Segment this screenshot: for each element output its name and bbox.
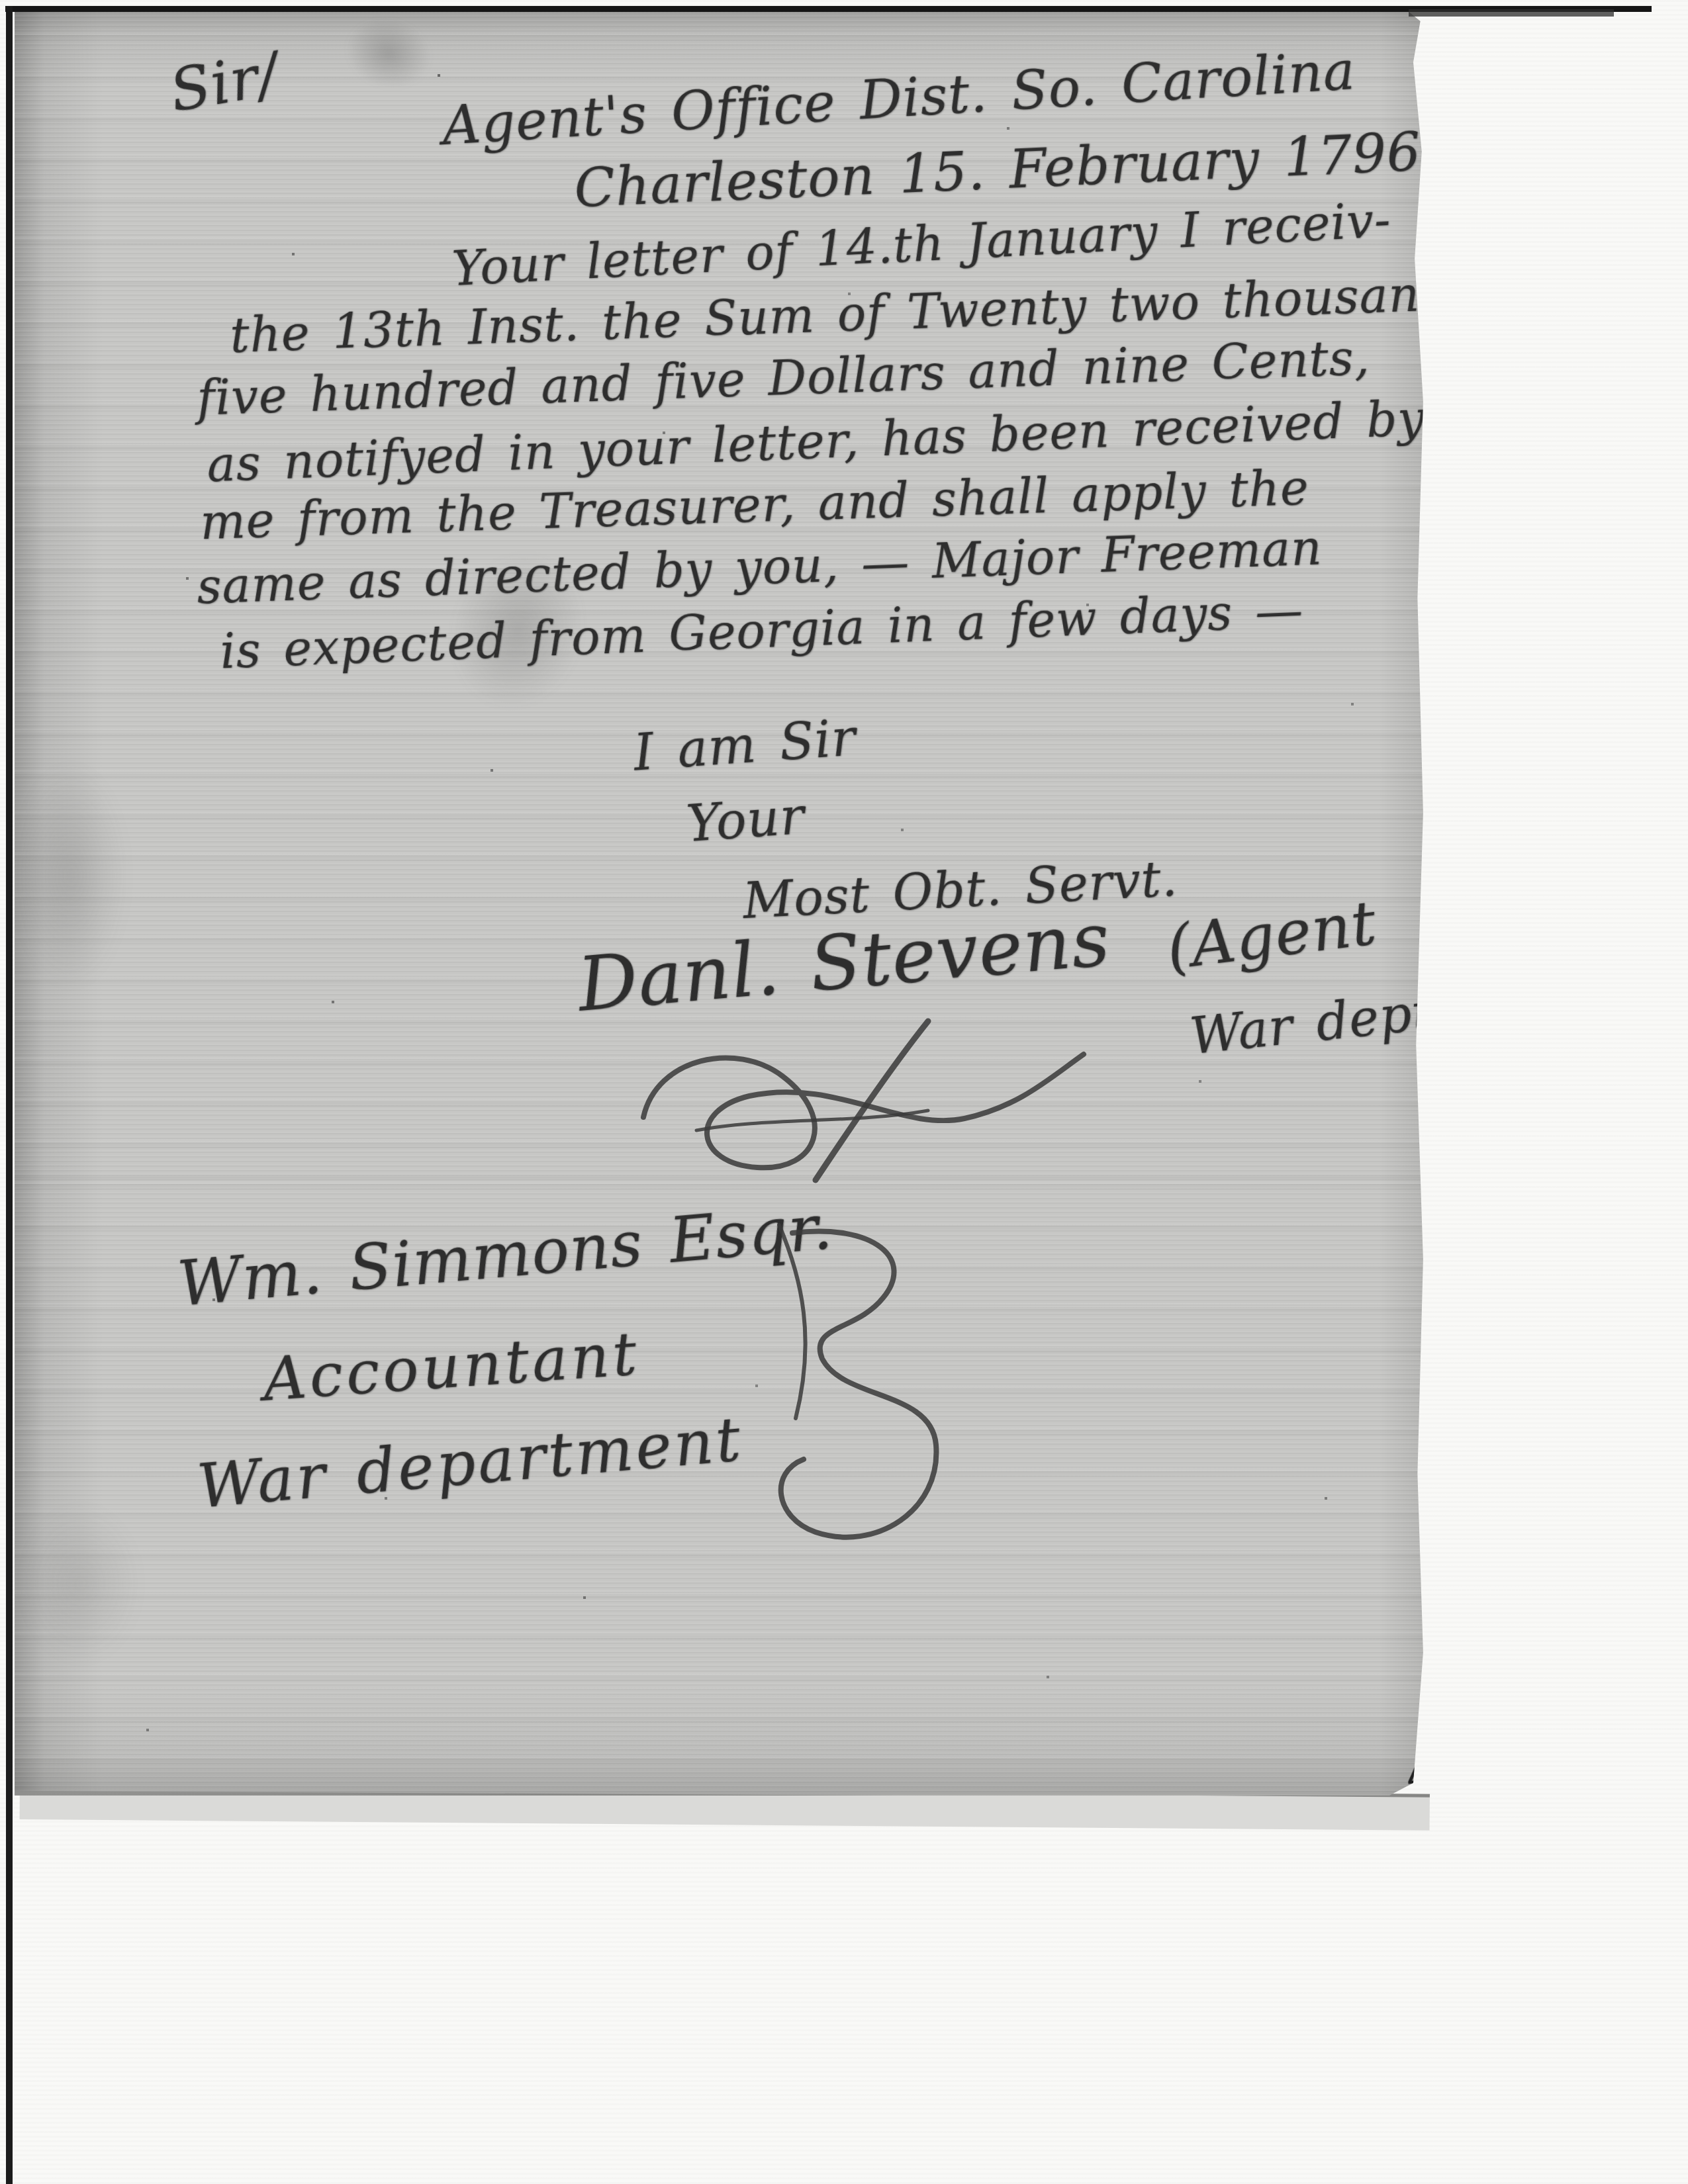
- letter-page: Sir/ Agent's Office Dist. So. Carolina C…: [15, 9, 1425, 1796]
- signature-flourish: [617, 1018, 1133, 1183]
- signature-paren-title: (Agent: [1164, 893, 1380, 979]
- scanned-letter-canvas: Sir/ Agent's Office Dist. So. Carolina C…: [0, 0, 1688, 2184]
- paper-bottom-edge: [15, 1791, 1425, 1796]
- scan-edge-top-bar: [5, 6, 1652, 12]
- page-number: 4: [1403, 1754, 1425, 1796]
- address-role: Accountant: [261, 1324, 642, 1410]
- address-department: War department: [195, 1409, 745, 1518]
- stain-left-lower: [21, 1504, 140, 1663]
- closing-line-2: Your: [685, 791, 806, 849]
- address-brace-flourish: [716, 1220, 955, 1570]
- stain-left-margin: [15, 763, 127, 988]
- signature-department: War dept.: [1188, 985, 1425, 1062]
- salutation: Sir/: [166, 44, 283, 120]
- scan-edge-top-bar-overlap: [1409, 9, 1614, 17]
- signature-name: Danl. Stevens: [575, 902, 1113, 1023]
- scan-edge-left-bar: [6, 6, 13, 2184]
- closing-line-1: I am Sir: [632, 712, 858, 778]
- smudge-top: [338, 9, 440, 98]
